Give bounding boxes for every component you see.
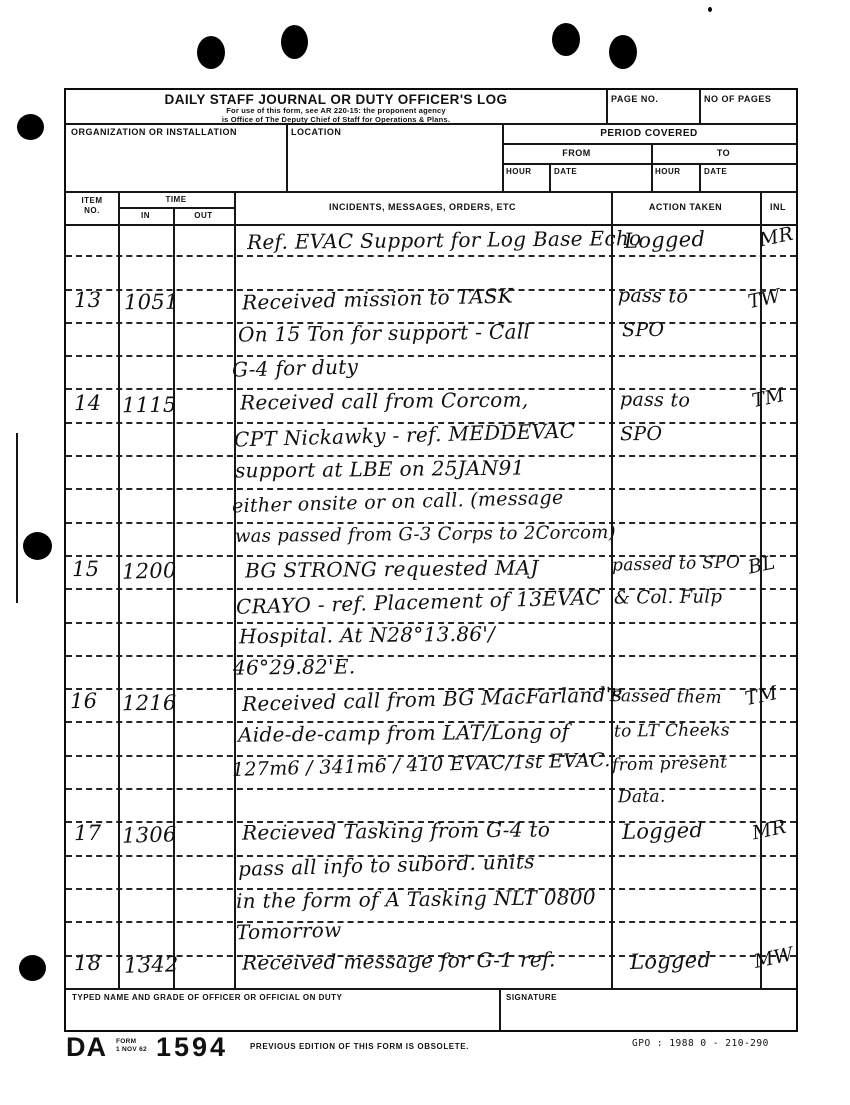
scanned-document-page: DAILY STAFF JOURNAL OR DUTY OFFICER'S LO…	[0, 0, 850, 1105]
entry-item-no: 18	[74, 951, 102, 975]
entry-item-no: 17	[74, 821, 102, 845]
entry-line: was passed from G-3 Corps to 2Corcom)	[235, 522, 616, 547]
entry-item-no: 15	[72, 557, 100, 581]
col-item-label-2: NO.	[66, 206, 118, 215]
divider	[502, 163, 796, 165]
divider	[651, 143, 653, 191]
ruled-row	[66, 357, 796, 390]
form-header: DAILY STAFF JOURNAL OR DUTY OFFICER'S LO…	[66, 92, 606, 124]
edition-date: 1 NOV 62	[116, 1046, 147, 1054]
entry-line: Recieved Tasking from G-4 to	[242, 817, 550, 844]
entry-line: G-4 for duty	[232, 354, 359, 381]
col-time-label: TIME	[118, 195, 234, 204]
col-action-label: ACTION TAKEN	[611, 202, 760, 212]
entry-action: pass to	[618, 284, 689, 307]
entry-action: Logged	[624, 227, 706, 253]
punch-hole-top-1	[197, 36, 225, 69]
entry-action: SPO	[622, 319, 665, 341]
da-form-1594: DAILY STAFF JOURNAL OR DUTY OFFICER'S LO…	[64, 88, 798, 1032]
to-label: TO	[651, 148, 796, 158]
punch-hole-left-3	[19, 955, 46, 981]
divider	[611, 191, 613, 988]
entry-line: On 15 Ton for support - Call	[238, 319, 530, 346]
entry-line: Received call from Corcom,	[240, 387, 529, 414]
divider	[286, 123, 288, 191]
divider	[606, 90, 608, 123]
entry-line: Tomorrow	[236, 918, 342, 945]
entry-line: Ref. EVAC Support for Log Base Echo	[247, 226, 642, 254]
entry-line: Hospital. At N28°13.86'/	[239, 622, 495, 649]
punch-hole-left-2	[23, 532, 52, 560]
entry-action: pass to	[620, 388, 691, 411]
entry-action: from present	[612, 752, 728, 775]
form-edition: FORM 1 NOV 62	[116, 1038, 147, 1053]
entry-action: & Col. Fulp	[614, 586, 722, 608]
location-label: LOCATION	[291, 127, 341, 137]
divider	[499, 988, 501, 1030]
entry-line: 46°29.82'E.	[233, 654, 356, 679]
col-item-label-1: ITEM	[66, 196, 118, 205]
to-hour-label: HOUR	[655, 167, 681, 176]
col-inl-label: INL	[760, 202, 796, 212]
entry-action: Passed them	[610, 686, 722, 708]
da-abbrev: DA	[66, 1032, 107, 1063]
entry-action: SPO	[620, 423, 663, 445]
entry-item-no: 14	[74, 391, 102, 415]
scan-artifact-line	[16, 433, 18, 603]
punch-hole-top-3	[552, 23, 580, 56]
scan-speck	[708, 7, 712, 12]
entry-time-in: 1306	[122, 822, 177, 847]
form-word: FORM	[116, 1038, 147, 1046]
divider	[502, 143, 796, 145]
entry-line: support at LBE on 25JAN91	[235, 455, 525, 482]
to-date-label: DATE	[704, 167, 727, 176]
signature-label: SIGNATURE	[506, 993, 557, 1002]
entry-line: Aide-de-camp from LAT/Long of	[238, 719, 570, 746]
col-in-label: IN	[118, 211, 173, 220]
entry-item-no: 16	[70, 689, 98, 713]
from-hour-label: HOUR	[506, 167, 532, 176]
entry-line: Received message for G-1 ref.	[242, 947, 556, 974]
divider	[66, 191, 796, 193]
ruled-row	[66, 657, 796, 690]
divider	[118, 207, 234, 209]
entry-line: in the form of A Tasking NLT 0800	[236, 885, 596, 913]
gpo-print-code: GPO : 1988 0 - 210-290	[632, 1038, 769, 1049]
entry-line: BG STRONG requested MAJ	[245, 555, 539, 582]
divider	[699, 90, 701, 123]
obsolete-note: PREVIOUS EDITION OF THIS FORM IS OBSOLET…	[250, 1042, 469, 1051]
entry-action: to LT Cheeks	[614, 720, 730, 741]
punch-hole-left-1	[17, 114, 44, 140]
entry-time-in: 1115	[122, 393, 177, 418]
entry-action: Logged	[622, 818, 704, 844]
from-date-label: DATE	[554, 167, 577, 176]
organization-label: ORGANIZATION OR INSTALLATION	[71, 127, 237, 137]
entry-time-in: 1342	[124, 952, 179, 977]
form-title: DAILY STAFF JOURNAL OR DUTY OFFICER'S LO…	[66, 92, 606, 107]
typed-name-label: TYPED NAME AND GRADE OF OFFICER OR OFFIC…	[72, 993, 342, 1002]
entry-action: Logged	[630, 948, 712, 974]
no-of-pages-label: NO OF PAGES	[704, 94, 771, 104]
col-incidents-label: INCIDENTS, MESSAGES, ORDERS, ETC	[234, 202, 611, 212]
page-no-label: PAGE NO.	[611, 94, 658, 104]
divider	[502, 123, 504, 191]
divider	[118, 191, 120, 988]
entry-action: passed to SPO	[612, 552, 741, 575]
entry-time-in: 1200	[122, 558, 177, 583]
entry-item-no: 13	[74, 288, 102, 312]
form-number: 1594	[156, 1032, 228, 1063]
from-label: FROM	[502, 148, 651, 158]
col-out-label: OUT	[173, 211, 234, 220]
divider	[66, 988, 796, 990]
divider	[173, 207, 175, 988]
entry-time-in: 1216	[122, 691, 177, 716]
punch-hole-top-4	[609, 35, 637, 69]
divider	[549, 163, 551, 191]
form-identity-line: DA FORM 1 NOV 62 1594 PREVIOUS EDITION O…	[0, 1030, 850, 1070]
entry-time-in: 1051	[124, 290, 179, 315]
entry-action: Data.	[618, 787, 666, 807]
punch-hole-top-2	[281, 25, 308, 59]
divider	[699, 163, 701, 191]
divider	[66, 123, 796, 125]
period-covered-label: PERIOD COVERED	[502, 128, 796, 139]
divider	[234, 191, 236, 988]
